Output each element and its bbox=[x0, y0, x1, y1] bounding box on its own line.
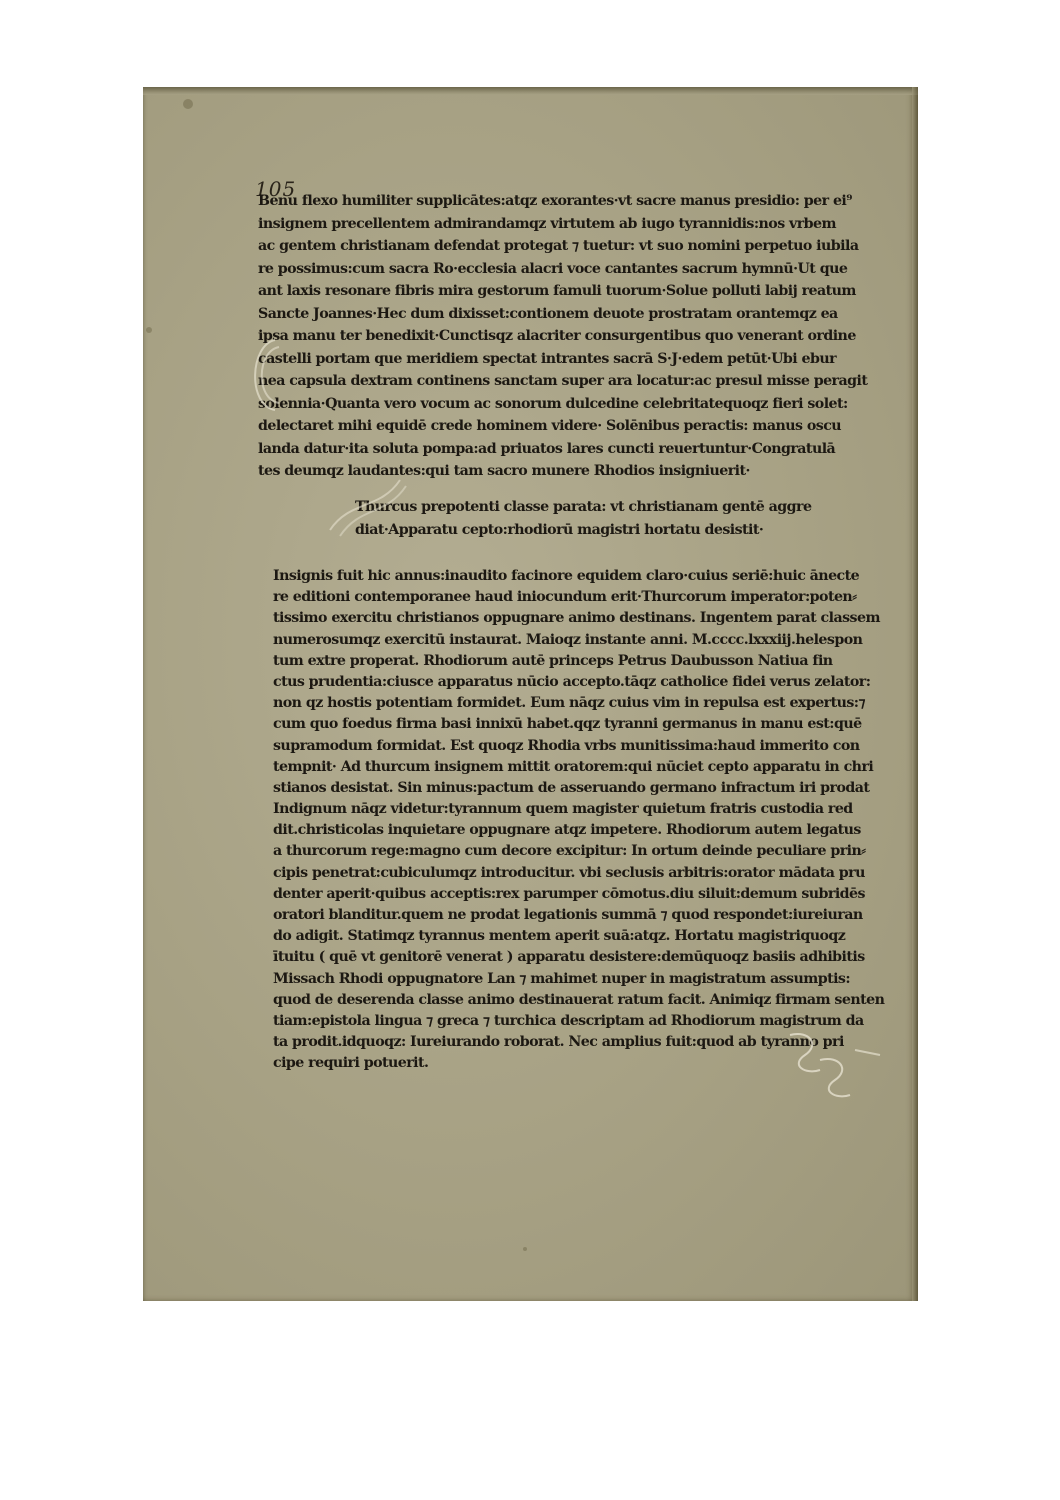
text-line: Insignis fuit hic annus:inaudito facinor… bbox=[273, 566, 878, 587]
text-line: supramodum formidat. Est quoqz Rhodia vr… bbox=[273, 736, 878, 757]
paragraph-1: Benu flexo humiliter supplicātes:atqz ex… bbox=[258, 190, 878, 483]
text-line: Missach Rhodi oppugnatore Lan ⁊ mahimet … bbox=[273, 969, 878, 990]
text-line: ctus prudentia:ciusce apparatus nūcio ac… bbox=[273, 672, 878, 693]
text-line: tum extre properat. Rhodiorum autē princ… bbox=[273, 651, 878, 672]
watermark-s-ornament-icon bbox=[780, 1025, 890, 1105]
page-gutter-edge bbox=[912, 87, 918, 1301]
text-line: tissimo exercitu christianos oppugnare a… bbox=[273, 608, 878, 629]
paragraph-2: Insignis fuit hic annus:inaudito facinor… bbox=[273, 566, 878, 1075]
text-line: Indignum nāqz videtur:tyrannum quem magi… bbox=[273, 799, 878, 820]
text-line: ac gentem christianam defendat protegat … bbox=[258, 235, 878, 258]
text-line: solennia·Quanta vero vocum ac sonorum du… bbox=[258, 393, 878, 416]
text-line: tempnit· Ad thurcum insignem mittit orat… bbox=[273, 757, 878, 778]
text-line: ipsa manu ter benedixit·Cunctisqz alacri… bbox=[258, 325, 878, 348]
text-line: do adigit. Statimqz tyrannus mentem aper… bbox=[273, 926, 878, 947]
text-line: insignem precellentem admirandamqz virtu… bbox=[258, 213, 878, 236]
text-line: re editioni contemporanee haud iniocundu… bbox=[273, 587, 878, 608]
text-line: denter aperit·quibus acceptis:rex parump… bbox=[273, 884, 878, 905]
text-line: numerosumqz exercitū instaurat. Maioqz i… bbox=[273, 630, 878, 651]
watermark-circle-icon bbox=[245, 335, 285, 415]
heading-line: diat·Apparatu cepto:rhodiorū magistri ho… bbox=[355, 519, 835, 542]
watermark-scroll-icon bbox=[320, 470, 410, 540]
page-top-edge bbox=[143, 87, 918, 95]
text-line: ītuitu ( quē vt genitorē venerat ) appar… bbox=[273, 947, 878, 968]
text-line: a thurcorum rege:magno cum decore excipi… bbox=[273, 841, 878, 862]
text-line: re possimus:cum sacra Ro·ecclesia alacri… bbox=[258, 258, 878, 281]
text-line: quod de deserenda classe animo destinaue… bbox=[273, 990, 878, 1011]
text-line: cum quo foedus firma basi innixū habet.q… bbox=[273, 714, 878, 735]
text-line: landa datur·ita soluta pompa:ad priuatos… bbox=[258, 438, 878, 461]
text-line: delectaret mihi equidē crede hominem vid… bbox=[258, 415, 878, 438]
text-line: stianos desistat. Sin minus:pactum de as… bbox=[273, 778, 878, 799]
text-line: ant laxis resonare fibris mira gestorum … bbox=[258, 280, 878, 303]
text-line: Benu flexo humiliter supplicātes:atqz ex… bbox=[258, 190, 878, 213]
section-heading: Thurcus prepotenti classe parata: vt chr… bbox=[355, 496, 835, 541]
text-line: cipis penetrat:cubiculumqz introducitur.… bbox=[273, 863, 878, 884]
heading-line: Thurcus prepotenti classe parata: vt chr… bbox=[355, 496, 835, 519]
text-line: castelli portam que meridiem spectat int… bbox=[258, 348, 878, 371]
text-line: nea capsula dextram continens sanctam su… bbox=[258, 370, 878, 393]
text-line: dit.christicolas inquietare oppugnare at… bbox=[273, 820, 878, 841]
text-line: Sancte Joannes·Hec dum dixisset:contione… bbox=[258, 303, 878, 326]
text-line: oratori blanditur.quem ne prodat legatio… bbox=[273, 905, 878, 926]
text-line: non qz hostis potentiam formidet. Eum nā… bbox=[273, 693, 878, 714]
